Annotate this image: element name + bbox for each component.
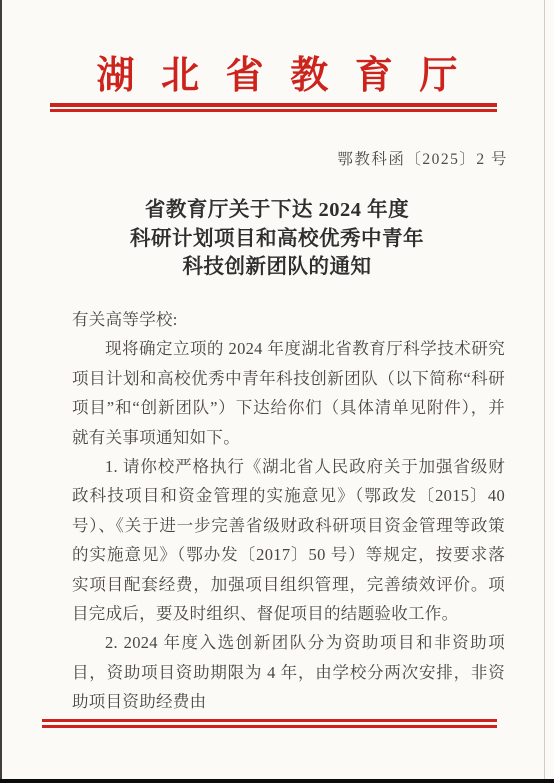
scan-edge-right xyxy=(544,0,545,783)
notice-body: 有关高等学校: 现将确定立项的 2024 年度湖北省教育厅科学技术研究项目计划和… xyxy=(72,305,505,717)
paragraph-list: 现将确定立项的 2024 年度湖北省教育厅科学技术研究项目计划和高校优秀中青年科… xyxy=(72,334,505,716)
document-page: 湖北省教育厅 鄂教科函〔2025〕2 号 省教育厅关于下达 2024 年度 科研… xyxy=(0,0,554,783)
notice-title-line-1: 省教育厅关于下达 2024 年度 xyxy=(0,196,554,225)
letterhead-divider xyxy=(50,103,497,112)
document-number: 鄂教科函〔2025〕2 号 xyxy=(337,147,508,169)
footer-divider xyxy=(42,719,497,728)
scan-edge-bottom xyxy=(0,779,554,783)
notice-title-line-2: 科研计划项目和高校优秀中青年 xyxy=(0,225,554,254)
salutation: 有关高等学校: xyxy=(72,305,505,334)
body-paragraph: 现将确定立项的 2024 年度湖北省教育厅科学技术研究项目计划和高校优秀中青年科… xyxy=(72,334,505,452)
notice-title: 省教育厅关于下达 2024 年度 科研计划项目和高校优秀中青年 科技创新团队的通… xyxy=(0,196,554,282)
notice-title-line-3: 科技创新团队的通知 xyxy=(0,253,554,282)
body-paragraph: 1. 请你校严格执行《湖北省人民政府关于加强省级财政科技项目和资金管理的实施意见… xyxy=(72,452,505,628)
body-paragraph: 2. 2024 年度入选创新团队分为资助项目和非资助项目，资助项目资助期限为 4… xyxy=(72,628,505,716)
letterhead-agency-name: 湖北省教育厅 xyxy=(0,44,554,99)
scan-edge-left xyxy=(0,0,2,783)
